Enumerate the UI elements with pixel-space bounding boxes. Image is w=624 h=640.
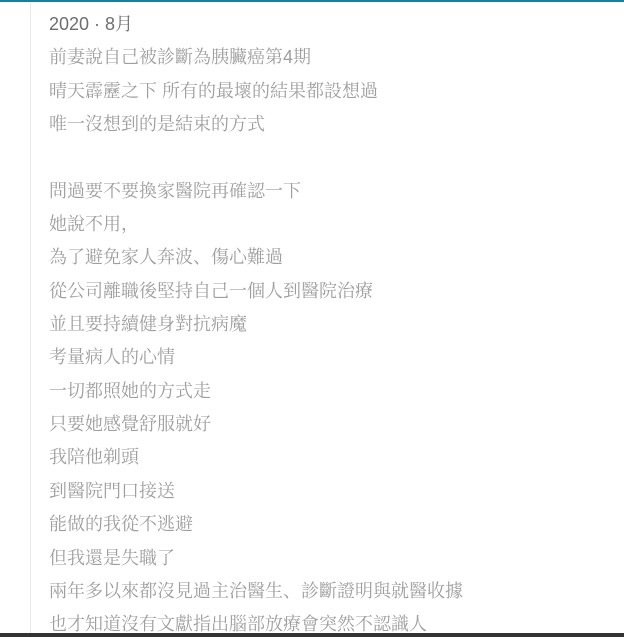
post-date: 2020 · 8月: [49, 8, 609, 41]
timeline-divider: [30, 2, 31, 633]
post-line: 為了避免家人奔波、傷心難過: [49, 241, 609, 274]
post-line: 晴天霹靂之下 所有的最壞的結果都設想過: [49, 75, 609, 108]
post-lines: 前妻說自己被診斷為胰臟癌第4期晴天霹靂之下 所有的最壞的結果都設想過唯一沒想到的…: [49, 41, 609, 640]
post-line: 並且要持續健身對抗病魔: [49, 308, 609, 341]
bottom-window-edge: [0, 633, 624, 637]
post-line: 問過要不要換家醫院再確認一下: [49, 175, 609, 208]
top-accent-bar: [0, 0, 624, 2]
post-line: 前妻說自己被診斷為胰臟癌第4期: [49, 41, 609, 74]
post-line: [49, 141, 609, 174]
post-line: 考量病人的心情: [49, 341, 609, 374]
post-line: 唯一沒想到的是結束的方式: [49, 108, 609, 141]
post-body: 2020 · 8月 前妻說自己被診斷為胰臟癌第4期晴天霹靂之下 所有的最壞的結果…: [49, 8, 609, 640]
post-line: 兩年多以來都沒見過主治醫生、診斷證明與就醫收據: [49, 575, 609, 608]
post-line: 能做的我從不逃避: [49, 508, 609, 541]
post-line: 一切都照她的方式走: [49, 375, 609, 408]
post-line: 到醫院門口接送: [49, 475, 609, 508]
post-line: 我陪他剃頭: [49, 441, 609, 474]
post-line: 只要她感覺舒服就好: [49, 408, 609, 441]
post-line: 但我還是失職了: [49, 542, 609, 575]
post-line: 她說不用，: [49, 208, 609, 241]
post-line: 從公司離職後堅持自己一個人到醫院治療: [49, 275, 609, 308]
